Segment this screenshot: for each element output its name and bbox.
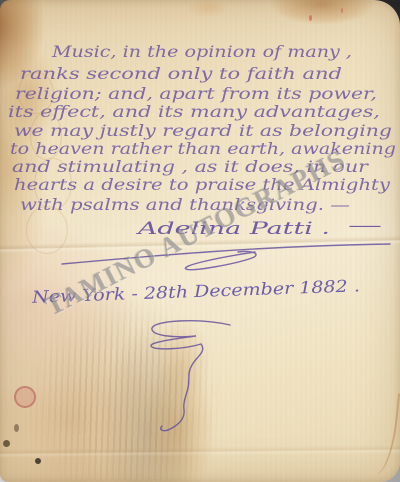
handwriting-line: we may justly regard it as belonging	[14, 122, 392, 140]
handwriting-line: ranks second only to faith and	[20, 65, 342, 83]
photo-stage: Music, in the opinion of many , ranks se…	[0, 0, 400, 482]
handwriting-line: Music, in the opinion of many ,	[51, 43, 352, 61]
handwriting-line: with psalms and thanksgiving. —	[20, 196, 350, 214]
pen-flourish-squiggle	[151, 321, 230, 431]
letter-paper: Music, in the opinion of many , ranks se…	[0, 0, 400, 482]
signature-flourish-loop	[185, 251, 256, 269]
handwriting-line: religion; and, apart from its power,	[15, 85, 377, 103]
handwriting-line: its effect, and its many advantages,	[8, 103, 380, 121]
signature-dash: —	[348, 216, 382, 236]
